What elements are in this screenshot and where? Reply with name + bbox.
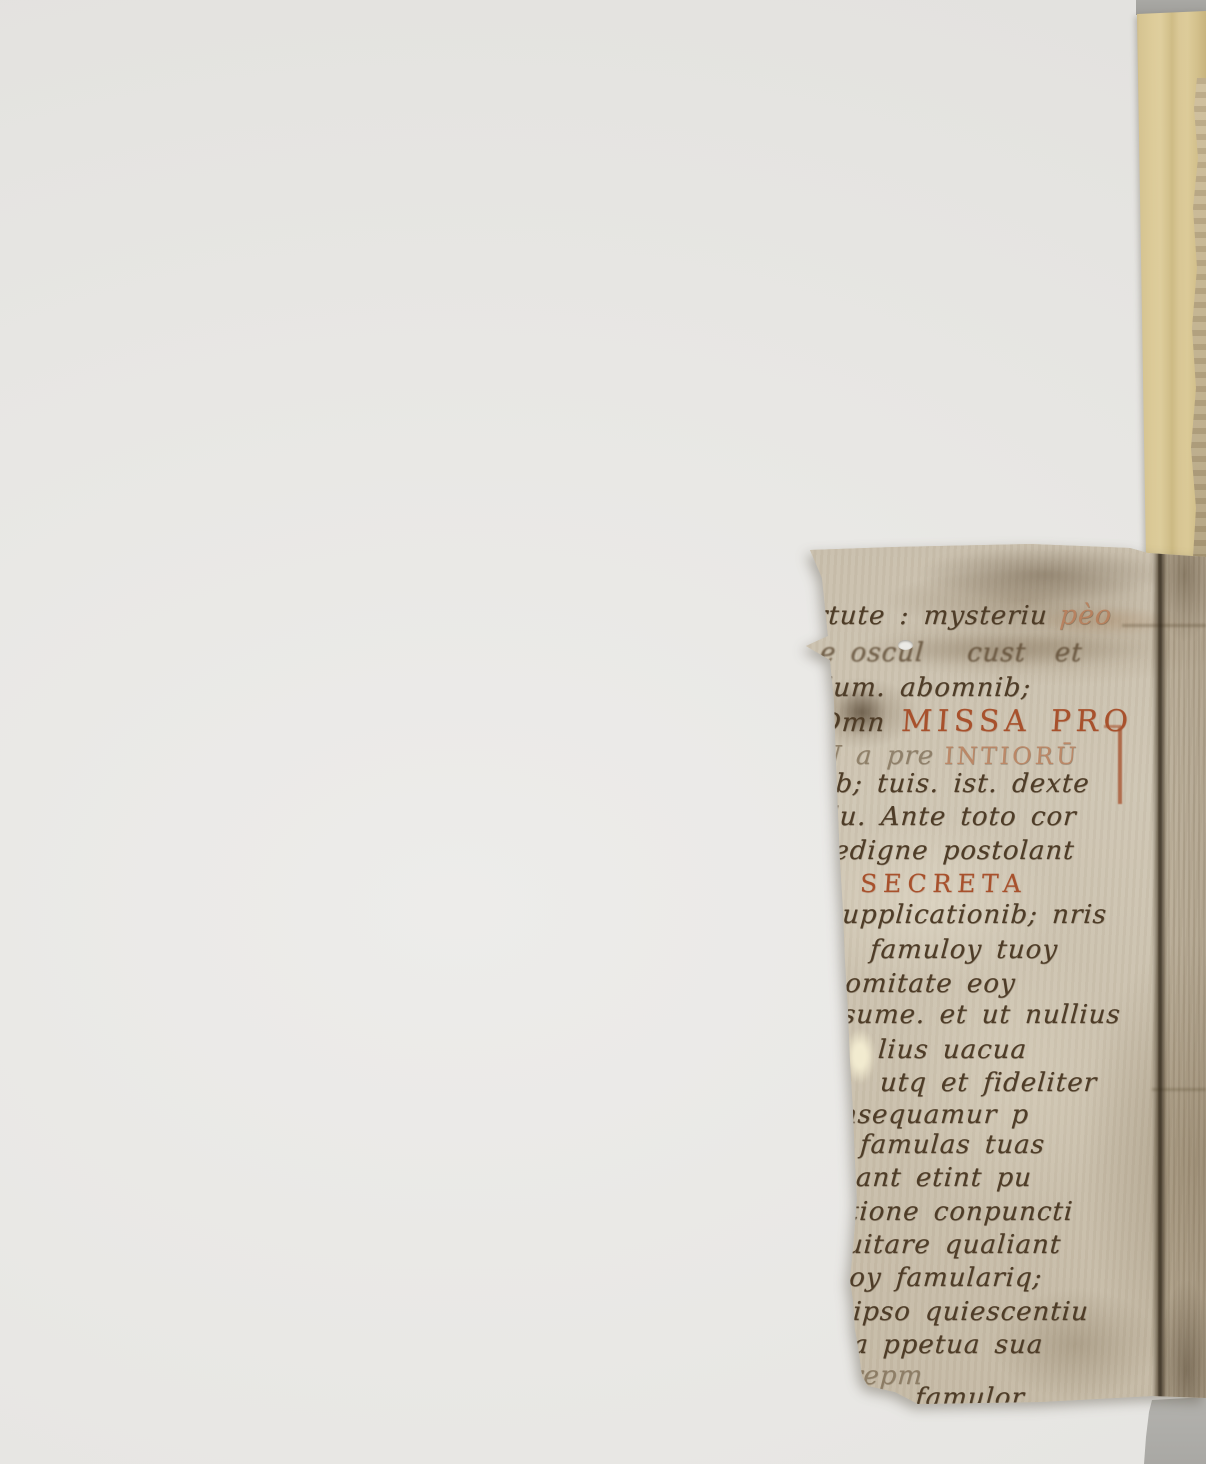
manuscript-line: la ppetua sua bbox=[842, 1332, 1044, 1358]
ink-text: ab; tuis. ist. dexte bbox=[818, 769, 1091, 799]
manuscript-line: N a preINTIORŪ bbox=[817, 743, 1080, 769]
pale-repair-patch bbox=[844, 1028, 876, 1084]
manuscript-line: lum. abomnib; bbox=[823, 675, 1032, 701]
manuscript-line: famulor bbox=[914, 1385, 1026, 1405]
ink-text: sume. et ut nullius bbox=[841, 1000, 1122, 1030]
manuscript-line: supplicationib; nris bbox=[827, 902, 1108, 928]
rubric-text: INTIORŪ bbox=[943, 742, 1080, 770]
ink-text: loy famulariq; bbox=[839, 1263, 1044, 1293]
manuscript-line: rtute : mysteriupèo bbox=[814, 602, 1113, 629]
manuscript-line: e oscul cust et bbox=[819, 640, 1083, 666]
manuscript-line: SECRETA bbox=[859, 871, 1028, 897]
ink-text: ant etint pu bbox=[855, 1163, 1033, 1193]
ink-text: tione conpuncti bbox=[847, 1197, 1074, 1227]
manuscript-line: ab; tuis. ist. dexte bbox=[818, 771, 1091, 797]
manuscript-line: sume. et ut nullius bbox=[841, 1002, 1122, 1028]
ink-text: N a pre bbox=[817, 741, 935, 771]
manuscript-line: DmnMISSA PRO bbox=[819, 707, 1134, 737]
manuscript-line: famuloy tuoy bbox=[869, 937, 1059, 963]
rubric-text: MISSA PRO bbox=[900, 704, 1134, 739]
rubric-text: SECRETA bbox=[859, 869, 1028, 898]
ink-text: repm bbox=[849, 1361, 924, 1391]
ink-text: supplicationib; nris bbox=[827, 900, 1108, 930]
manuscript-line: uitare qualiant bbox=[845, 1232, 1062, 1258]
manuscript-line: lius uacua bbox=[877, 1037, 1028, 1063]
parchment-fragment-wrap: rtute : mysteriupèo e oscul cust et lum.… bbox=[800, 540, 1206, 1405]
ink-text: uitare qualiant bbox=[845, 1230, 1062, 1260]
ink-text: nsequamur p bbox=[839, 1100, 1030, 1130]
ink-text: lum. abomnib; bbox=[823, 673, 1032, 703]
ink-text: famulas tuas bbox=[859, 1130, 1046, 1160]
manuscript-line: famulas tuas bbox=[859, 1132, 1046, 1158]
manuscript-line: nsequamur p bbox=[839, 1102, 1030, 1128]
manuscript-line: lomitate eoy bbox=[835, 971, 1017, 997]
manuscript-line: ipso quiescentiu bbox=[852, 1299, 1090, 1325]
ink-text: utq et fideliter bbox=[879, 1068, 1098, 1098]
ink-text: famulor bbox=[914, 1383, 1026, 1405]
ink-text: lius uacua bbox=[877, 1035, 1028, 1065]
manuscript-photo: rtute : mysteriupèo e oscul cust et lum.… bbox=[0, 0, 1206, 1464]
ink-text: ipso quiescentiu bbox=[852, 1297, 1090, 1327]
ink-text: edigne postolant bbox=[832, 836, 1075, 866]
ink-text: lomitate eoy bbox=[835, 969, 1017, 999]
manuscript-line: ant etint pu bbox=[855, 1165, 1033, 1191]
rubric-text: r bbox=[819, 836, 835, 866]
ink-text: Dmn bbox=[819, 708, 886, 738]
ink-text: ilu. Ante toto cor bbox=[820, 802, 1078, 832]
stain-top-band bbox=[920, 546, 1170, 602]
manuscript-line: tione conpuncti bbox=[847, 1199, 1074, 1225]
parchment-fragment: rtute : mysteriupèo e oscul cust et lum.… bbox=[800, 540, 1206, 1405]
gray-backdrop-bottom bbox=[1144, 1397, 1206, 1464]
manuscript-line: redigne postolant bbox=[819, 838, 1075, 864]
rubric-text: pèo bbox=[1059, 600, 1114, 631]
ink-text: e oscul cust et bbox=[819, 638, 1084, 668]
manuscript-line: loy famulariq; bbox=[839, 1265, 1043, 1291]
ink-text: la ppetua sua bbox=[842, 1330, 1044, 1360]
ink-text: rtute : mysteriu bbox=[814, 601, 1049, 631]
parchment-hole bbox=[898, 640, 913, 650]
fold-crease-vertical bbox=[1152, 548, 1168, 1398]
manuscript-line: repm bbox=[849, 1363, 924, 1389]
ink-text: famuloy tuoy bbox=[869, 935, 1059, 965]
manuscript-line: ilu. Ante toto cor bbox=[820, 804, 1077, 830]
manuscript-line: utq et fideliter bbox=[879, 1070, 1098, 1096]
